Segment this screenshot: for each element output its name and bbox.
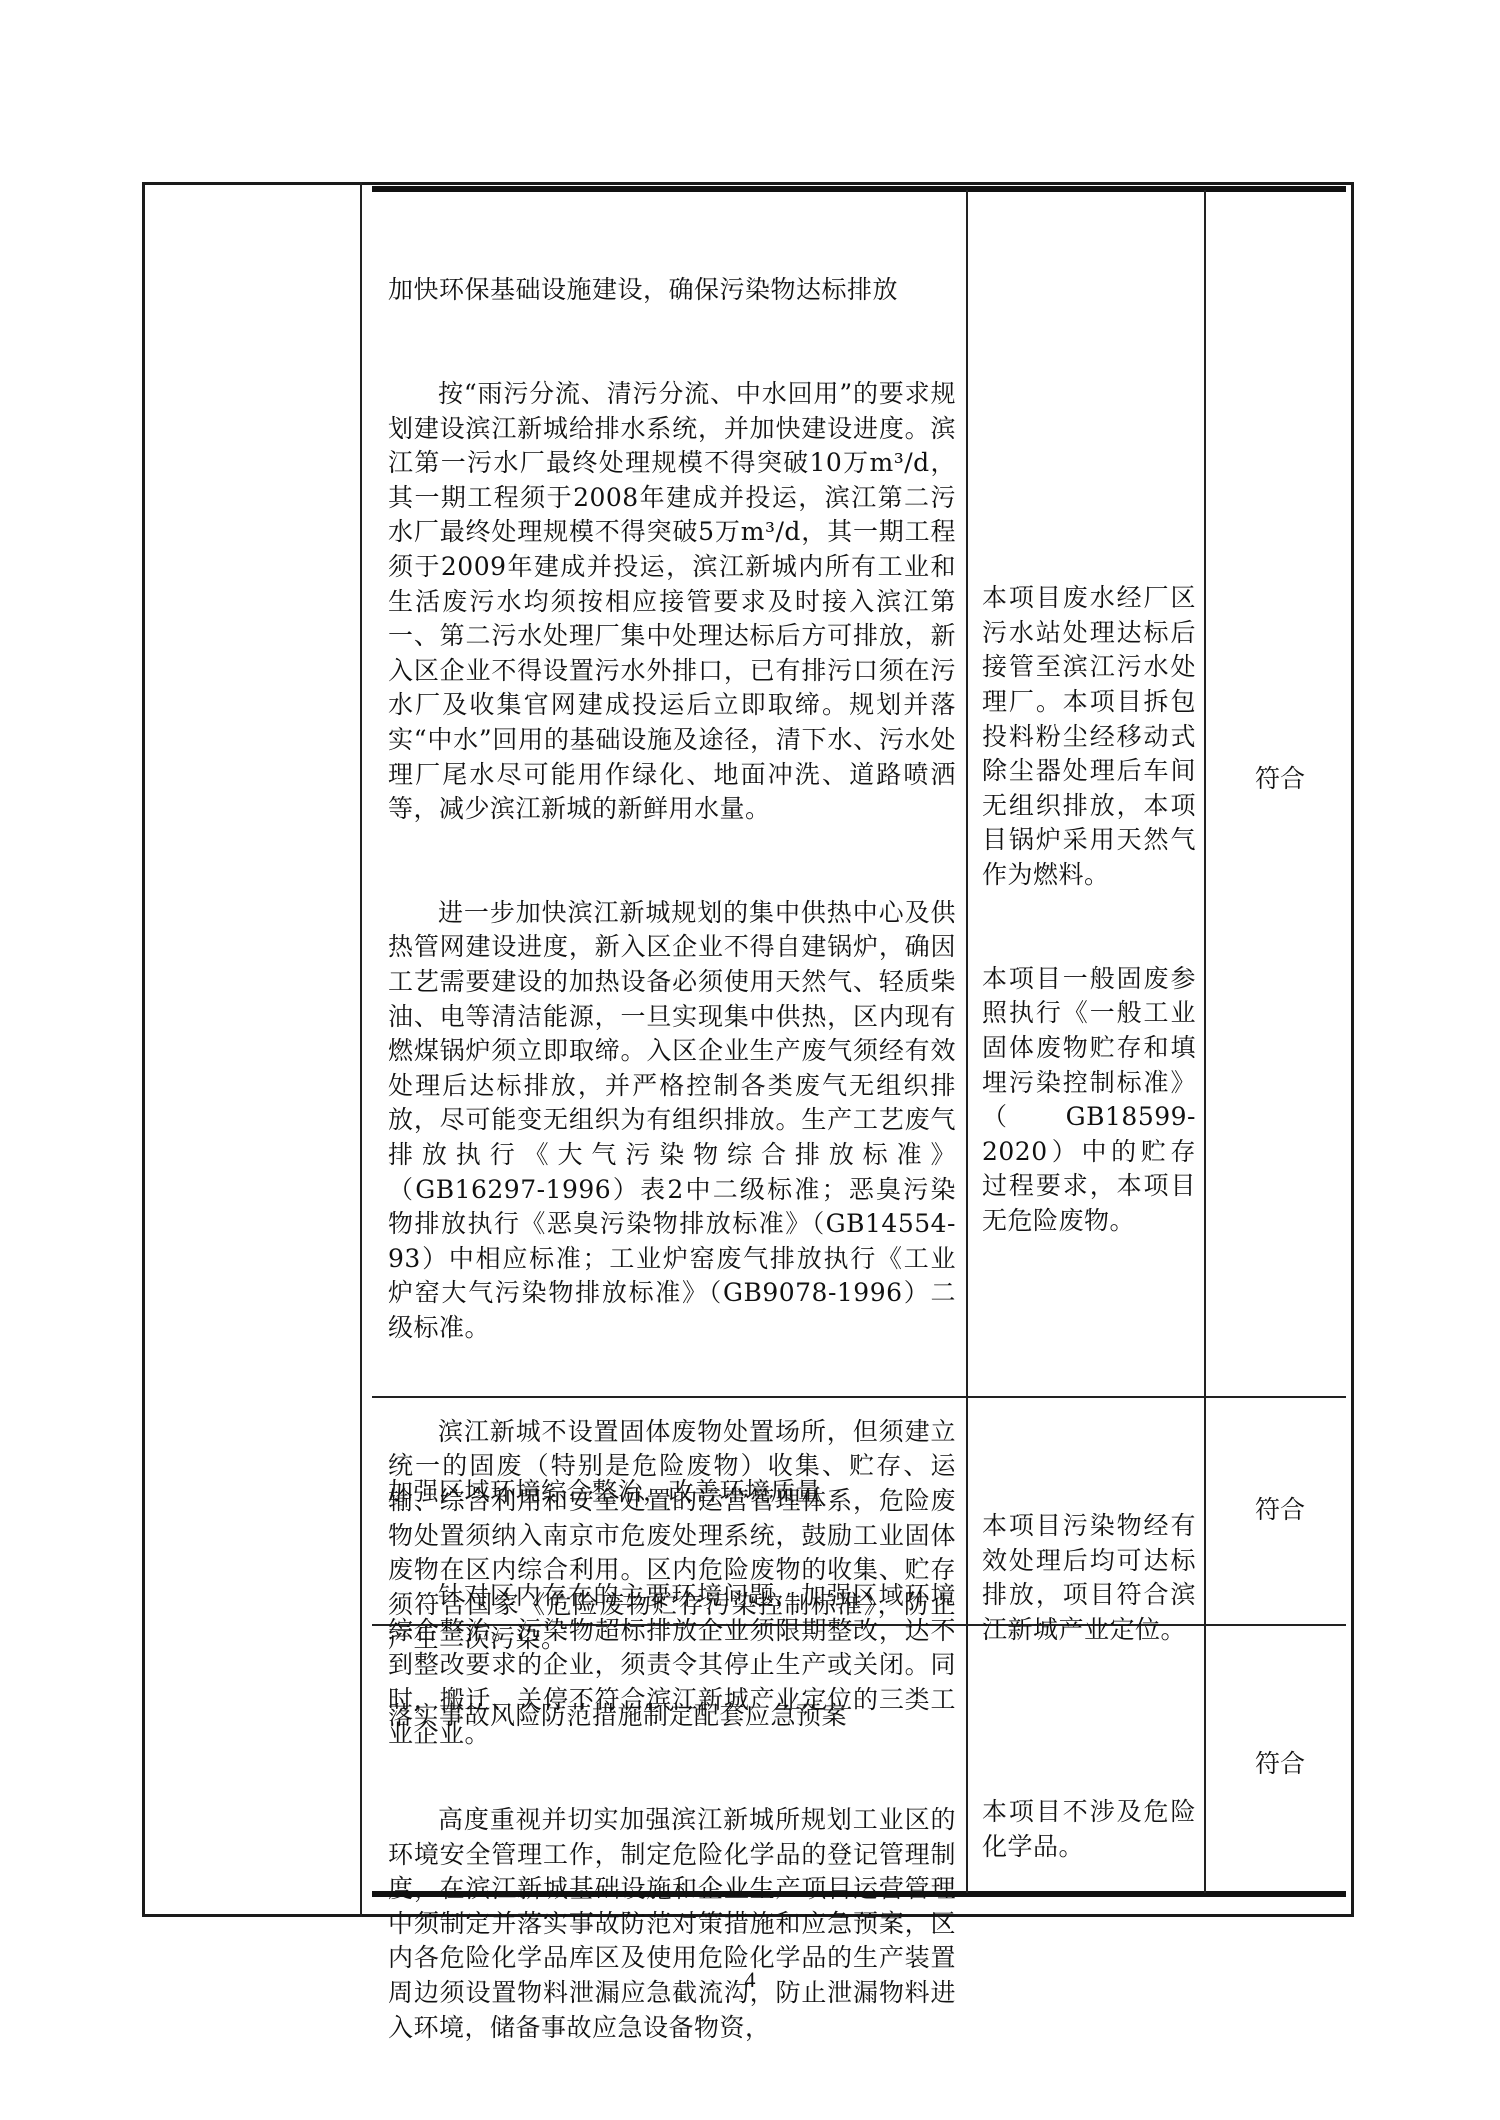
- requirement-paragraph: 高度重视并切实加强滨江新城所规划工业区的环境安全管理工作，制定危险化学品的登记管…: [388, 1803, 956, 2045]
- table-row-3-verdict: 符合: [1207, 1747, 1353, 1781]
- column-divider-verdict: [1204, 190, 1206, 1893]
- table-row-2-project-status: 本项目污染物经有效处理后均可达标排放，项目符合滨江新城产业定位。: [982, 1440, 1196, 1682]
- column-divider-status: [966, 190, 968, 1893]
- status-paragraph: 本项目不涉及危险化学品。: [982, 1795, 1196, 1864]
- requirement-paragraph: 按“雨污分流、清污分流、中水回用”的要求规划建设滨江新城给排水系统，并加快建设进…: [388, 377, 956, 827]
- requirement-title: 落实事故风险防范措施制定配套应急预案: [388, 1699, 956, 1734]
- status-paragraph: 本项目一般固废参照执行《一般工业固体废物贮存和填埋污染控制标准》（GB18599…: [982, 962, 1196, 1239]
- left-column-divider: [360, 182, 362, 1917]
- page-number: 4: [730, 1967, 770, 1993]
- table-row-1-project-status: 本项目废水经厂区污水站处理达标后接管至滨江污水处理厂。本项目拆包投料粉尘经移动式…: [982, 512, 1196, 1273]
- status-paragraph: 本项目污染物经有效处理后均可达标排放，项目符合滨江新城产业定位。: [982, 1509, 1196, 1647]
- table-row-3-project-status: 本项目不涉及危险化学品。: [982, 1726, 1196, 1899]
- requirement-title: 加强区域环境综合整治，改善环境质量: [388, 1475, 956, 1510]
- table-row-1-verdict: 符合: [1207, 762, 1353, 796]
- table-row-3-requirement: 落实事故风险防范措施制定配套应急预案 高度重视并切实加强滨江新城所规划工业区的环…: [388, 1630, 956, 2080]
- requirement-paragraph: 进一步加快滨江新城规划的集中供热中心及供热管网建设进度，新入区企业不得自建锅炉，…: [388, 896, 956, 1346]
- table-row-2-verdict: 符合: [1207, 1493, 1353, 1527]
- requirement-title: 加快环保基础设施建设，确保污染物达标排放: [388, 273, 956, 308]
- status-paragraph: 本项目废水经厂区污水站处理达标后接管至滨江污水处理厂。本项目拆包投料粉尘经移动式…: [982, 581, 1196, 892]
